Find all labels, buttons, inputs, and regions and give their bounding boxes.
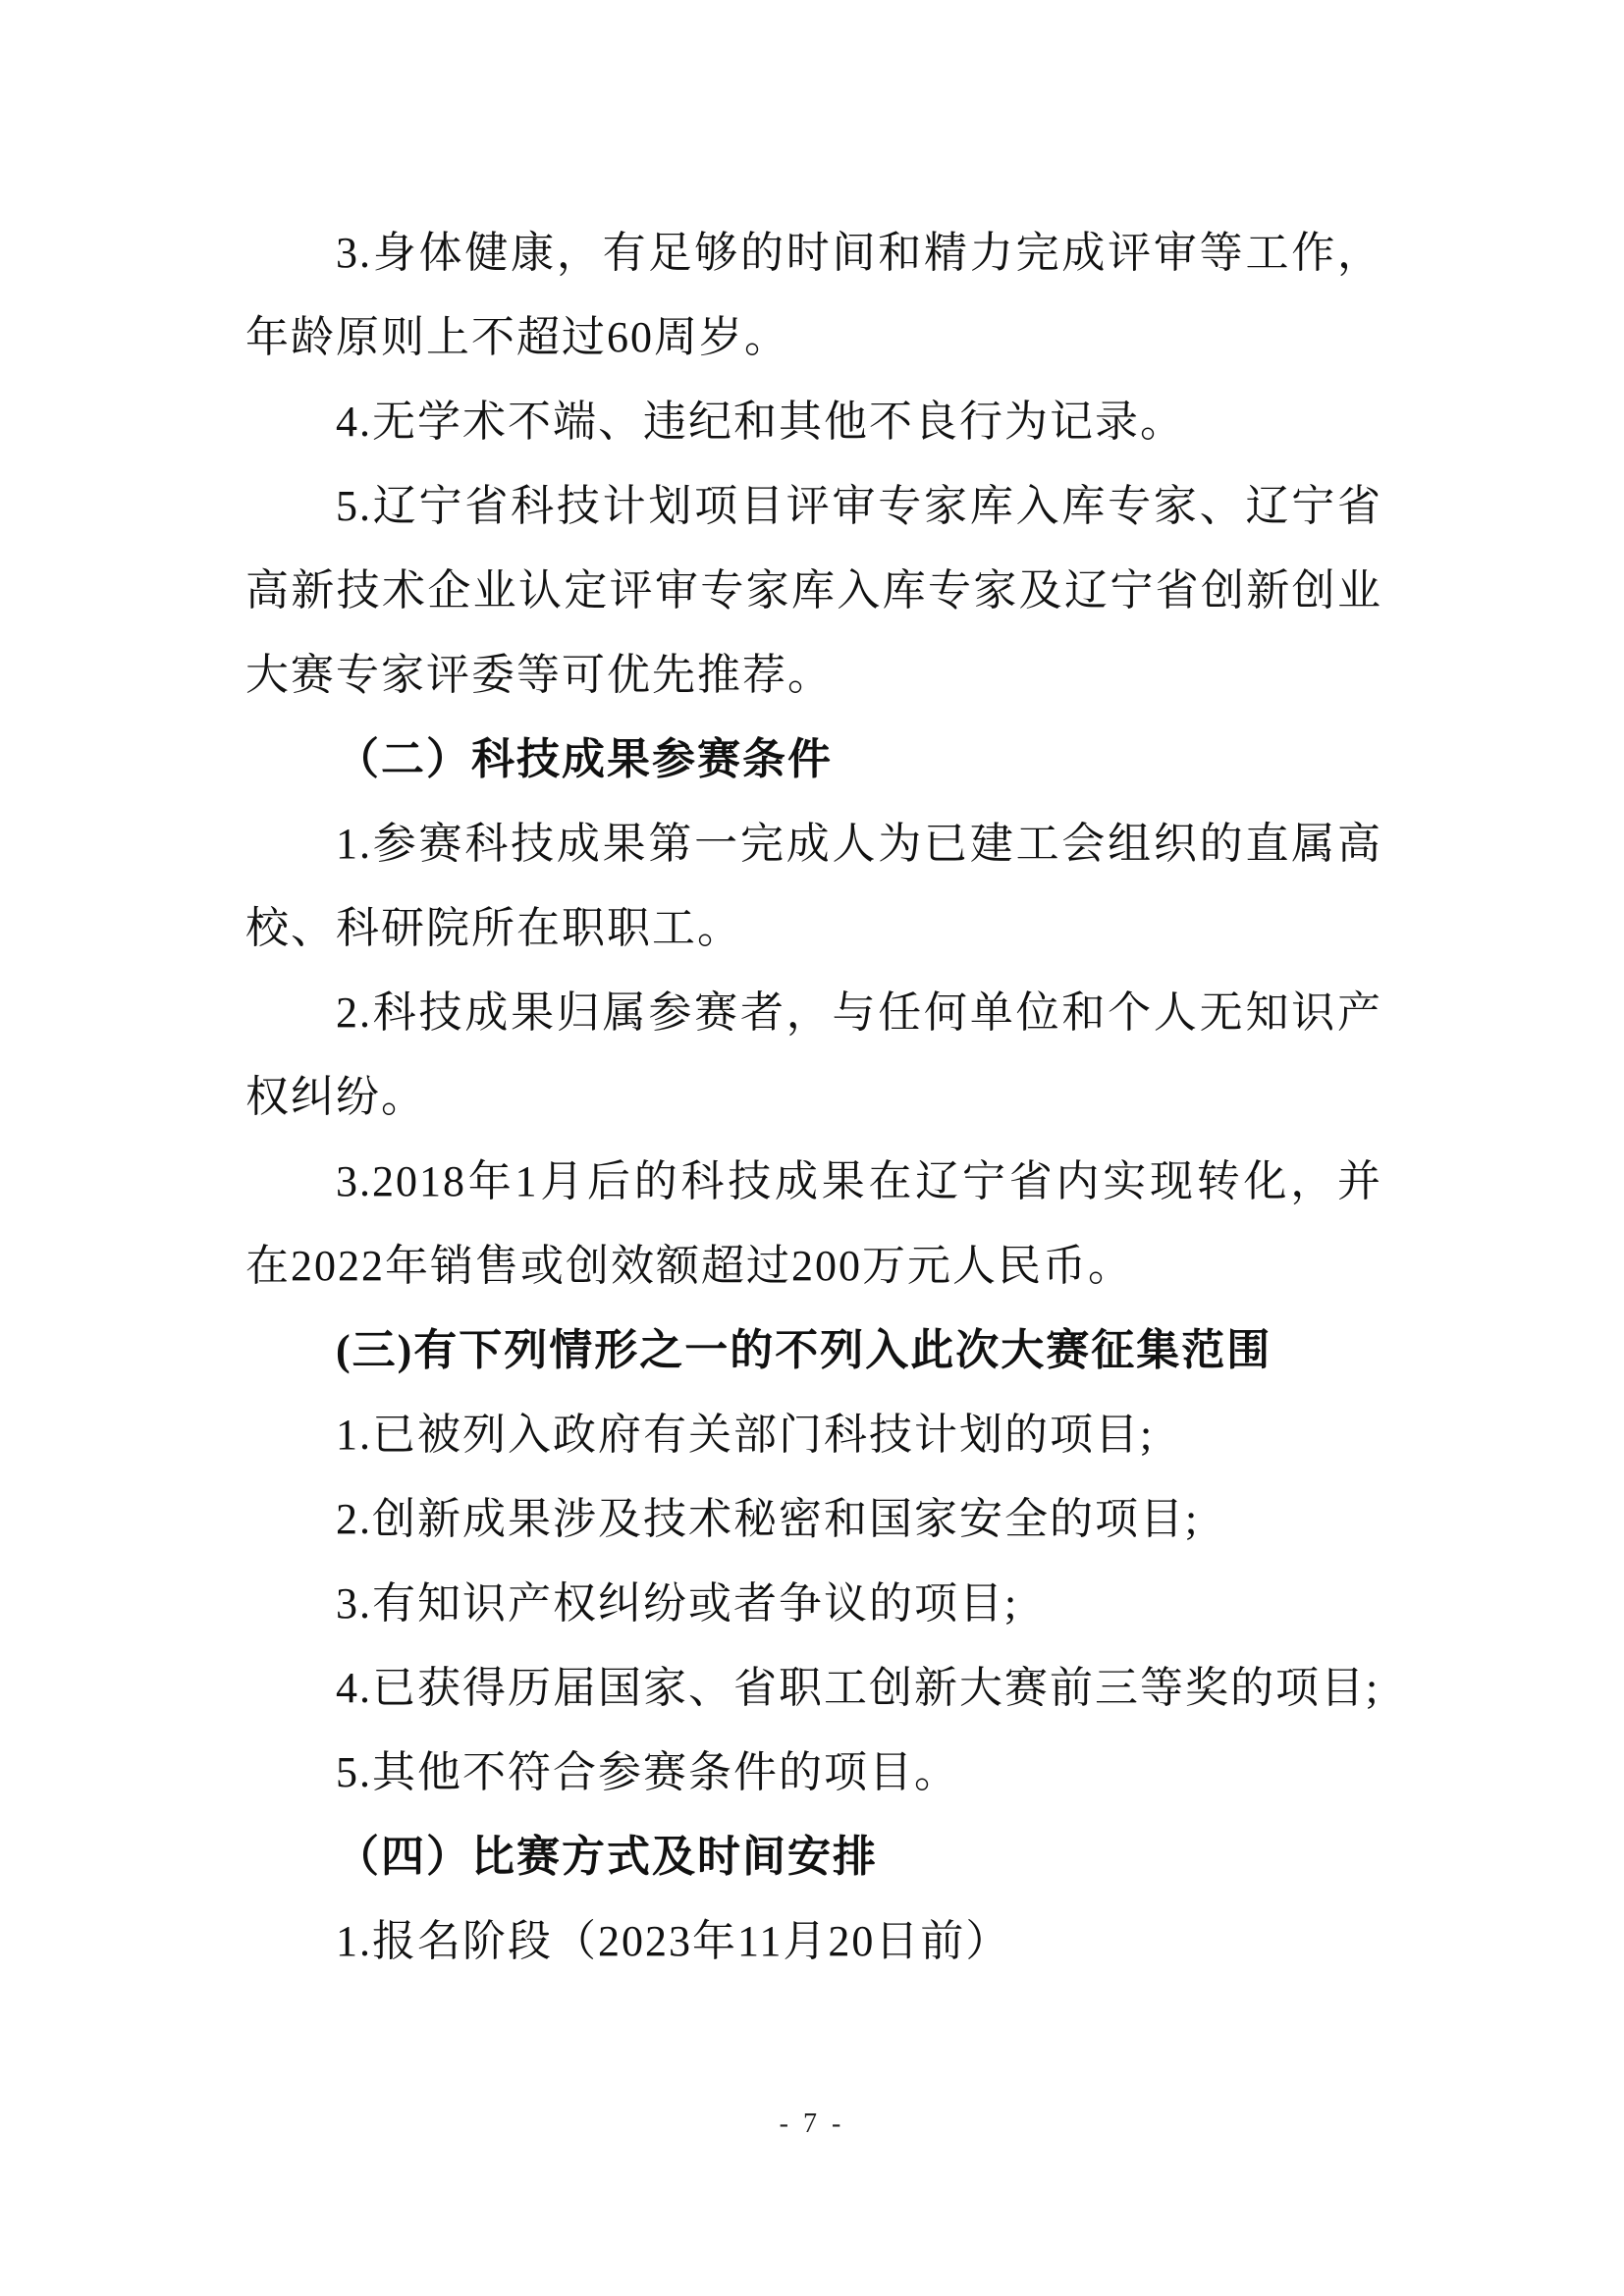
body-paragraph: 5.其他不符合参赛条件的项目。 bbox=[245, 1731, 1382, 1815]
section-heading: （二）科技成果参赛条件 bbox=[245, 718, 1382, 802]
body-paragraph: 1.参赛科技成果第一完成人为已建工会组织的直属高校、科研院所在职职工。 bbox=[245, 802, 1382, 971]
body-paragraph: 5.辽宁省科技计划项目评审专家库入库专家、辽宁省高新技术企业认定评审专家库入库专… bbox=[245, 464, 1382, 718]
section-heading: (三)有下列情形之一的不列入此次大赛征集范围 bbox=[245, 1308, 1382, 1393]
document-page: 3.身体健康，有足够的时间和精力完成评审等工作，年龄原则上不超过60周岁。4.无… bbox=[0, 0, 1624, 2296]
body-paragraph: 2.科技成果归属参赛者，与任何单位和个人无知识产权纠纷。 bbox=[245, 971, 1382, 1140]
document-content: 3.身体健康，有足够的时间和精力完成评审等工作，年龄原则上不超过60周岁。4.无… bbox=[245, 211, 1382, 1984]
body-paragraph: 4.无学术不端、违纪和其他不良行为记录。 bbox=[245, 380, 1382, 464]
section-heading: （四）比赛方式及时间安排 bbox=[245, 1815, 1382, 1899]
body-paragraph: 1.已被列入政府有关部门科技计划的项目; bbox=[245, 1393, 1382, 1477]
body-paragraph: 3.身体健康，有足够的时间和精力完成评审等工作，年龄原则上不超过60周岁。 bbox=[245, 211, 1382, 380]
body-paragraph: 2.创新成果涉及技术秘密和国家安全的项目; bbox=[245, 1477, 1382, 1562]
body-paragraph: 1.报名阶段（2023年11月20日前） bbox=[245, 1899, 1382, 1984]
page-footer: - 7 - bbox=[0, 2109, 1624, 2140]
body-paragraph: 4.已获得历届国家、省职工创新大赛前三等奖的项目; bbox=[245, 1646, 1382, 1731]
body-paragraph: 3.2018年1月后的科技成果在辽宁省内实现转化，并在2022年销售或创效额超过… bbox=[245, 1140, 1382, 1308]
page-number: - 7 - bbox=[780, 2109, 845, 2139]
body-paragraph: 3.有知识产权纠纷或者争议的项目; bbox=[245, 1562, 1382, 1646]
